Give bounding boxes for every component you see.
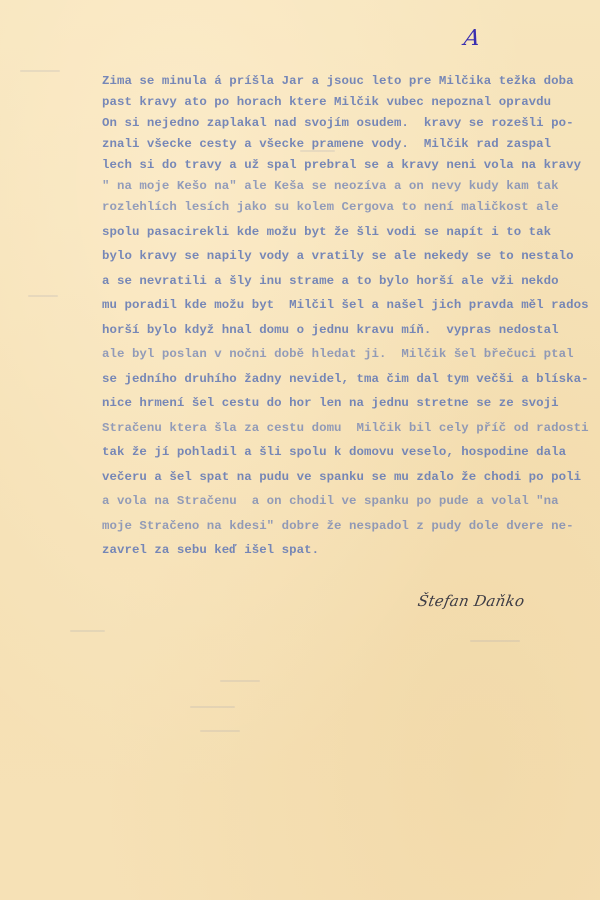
show-through-mark bbox=[220, 680, 260, 682]
text-line: past kravy ato po horach ktere Milčik vu… bbox=[102, 93, 551, 111]
show-through-mark bbox=[20, 70, 60, 72]
show-through-mark bbox=[70, 630, 105, 632]
show-through-mark bbox=[28, 295, 58, 297]
text-line: horší bylo když hnal domu o jednu kravu … bbox=[102, 321, 559, 339]
text-line: lech si do travy a už spal prebral se a … bbox=[102, 156, 581, 174]
text-line: " na moje Kešo na" ale Keša se neozíva a… bbox=[102, 177, 559, 195]
text-line: a vola na Stračenu a on chodil ve spanku… bbox=[102, 492, 559, 510]
text-line: se jedního druhího žadny nevidel, tma či… bbox=[102, 370, 589, 388]
typewritten-body: Zima se minula á príšla Jar a jsouc leto… bbox=[102, 72, 600, 394]
text-line: Stračenu ktera šla za cestu domu Milčik … bbox=[102, 419, 589, 437]
show-through-mark bbox=[470, 640, 520, 642]
text-line: ale byl poslan v nočni době hledat ji. M… bbox=[102, 345, 574, 363]
text-line: bylo kravy se napily vody a vratily se a… bbox=[102, 247, 574, 265]
text-line: spolu pasacirekli kde možu byt že šli vo… bbox=[102, 223, 551, 241]
show-through-mark bbox=[200, 730, 240, 732]
text-line: večeru a šel spat na pudu ve spanku se m… bbox=[102, 468, 581, 486]
text-line: rozlehlích lesích jako su kolem Cergova … bbox=[102, 198, 559, 216]
text-line: Zima se minula á príšla Jar a jsouc leto… bbox=[102, 72, 574, 90]
document-page: A Zima se minula á príšla Jar a jsouc le… bbox=[0, 0, 600, 900]
text-line: a se nevratili a šly inu strame a to byl… bbox=[102, 272, 559, 290]
show-through-mark bbox=[190, 706, 235, 708]
text-line: tak že jí pohladil a šli spolu k domovu … bbox=[102, 443, 566, 461]
text-line: znali všecke cesty a všecke pramene vody… bbox=[102, 135, 551, 153]
text-line: zavrel za sebu keď išel spat. bbox=[102, 541, 319, 559]
text-line: mu poradil kde možu byt Milčil šel a naš… bbox=[102, 296, 589, 314]
handwritten-page-mark: A bbox=[462, 26, 481, 51]
text-line: On si nejedno zaplakal nad svojím osudem… bbox=[102, 114, 574, 132]
text-line: nice hrmení šel cestu do hor len na jedn… bbox=[102, 394, 559, 412]
text-line: moje Stračeno na kdesi" dobre že nespado… bbox=[102, 517, 574, 535]
handwritten-signature: Štefan Daňko bbox=[416, 592, 526, 610]
